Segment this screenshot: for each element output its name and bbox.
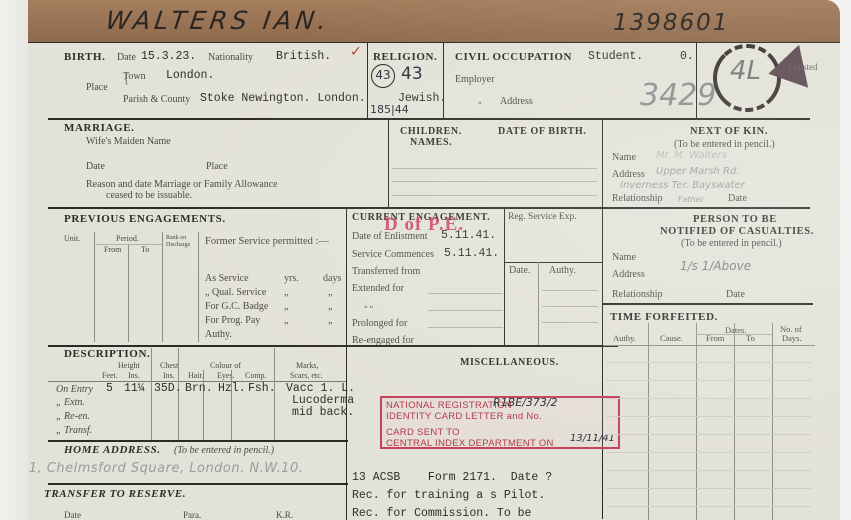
birth-date: 15.3.23. <box>141 50 196 63</box>
notify-address: 1/s 1/Above <box>680 259 751 273</box>
miscellaneous-heading: MISCELLANEOUS. <box>460 357 559 368</box>
background-left <box>0 0 30 520</box>
nationality: British. <box>276 50 331 63</box>
occupation-code: 0. <box>680 50 694 63</box>
birth-heading: BIRTH. <box>64 51 105 63</box>
religion-heading: RELIGION. <box>373 51 437 63</box>
misc-note-2: Rec. for training a s Pilot. <box>352 489 545 502</box>
service-record-card: WALTERS IAN. 1398601 BIRTH. Date 15.3.23… <box>28 0 840 520</box>
rule-home <box>48 483 348 485</box>
service-number: 1398601 <box>613 10 729 36</box>
hair-colour: Brn. <box>185 382 213 395</box>
registration-ref: R1BE/373/2 <box>493 396 558 409</box>
time-forfeited-heading: TIME FORFEITED. <box>610 311 718 323</box>
transfer-to-reserve-heading: TRANSFER TO RESERVE. <box>44 488 186 500</box>
chest: 35D. <box>154 382 182 395</box>
marks-3: mid back. <box>292 406 354 419</box>
rule-notify <box>603 303 813 305</box>
previous-engagements-heading: PREVIOUS ENGAGEMENTS. <box>64 213 226 225</box>
kin-address-2: Inverness Ter. Bayswater <box>620 180 745 191</box>
misc-note-3: Rec. for Commission. To be <box>352 507 531 520</box>
next-of-kin-heading: NEXT OF KIN. <box>690 126 768 137</box>
surname-header: WALTERS IAN. <box>104 6 332 35</box>
enlistment-date: 5.11.41. <box>441 229 496 242</box>
height-feet: 5 <box>106 382 113 395</box>
home-address-value: 21, Chelmsford Square, London. N.W.10. <box>28 461 303 476</box>
birth-town: London. <box>166 69 214 82</box>
civil-occupation-heading: CIVIL OCCUPATION <box>455 51 572 63</box>
pencil-number: 3429 <box>640 78 716 113</box>
notify-heading: NOTIFIED OF CASUALTIES. <box>660 226 814 237</box>
description-heading: DESCRIPTION. <box>64 348 150 360</box>
eye-colour: Hzl. <box>218 382 246 395</box>
misc-note-1: 13 ACSB Form 2171. Date ? <box>352 471 552 484</box>
religion-note: 185|44 <box>370 103 409 116</box>
religion-mark: 43 <box>401 64 423 84</box>
home-address-heading: HOME ADDRESS. <box>64 444 161 456</box>
religion-circled-mark: 43 <box>371 64 395 88</box>
complexion: Fsh. <box>248 382 276 395</box>
rule-engagements <box>48 345 618 347</box>
service-commences: 5.11.41. <box>444 247 499 260</box>
marriage-heading: MARRIAGE. <box>64 122 134 134</box>
rule-description <box>48 440 348 442</box>
civil-occupation-value: Student. <box>588 50 643 63</box>
height-inches: 11¼ <box>124 382 145 395</box>
kin-relationship: Father <box>678 195 704 204</box>
birth-parish: Stoke Newington. London. <box>200 92 366 105</box>
kin-address-1: Upper Marsh Rd. <box>656 166 740 177</box>
kin-name: Mr. M. Walters <box>656 150 727 161</box>
rule-marriage <box>48 207 810 209</box>
